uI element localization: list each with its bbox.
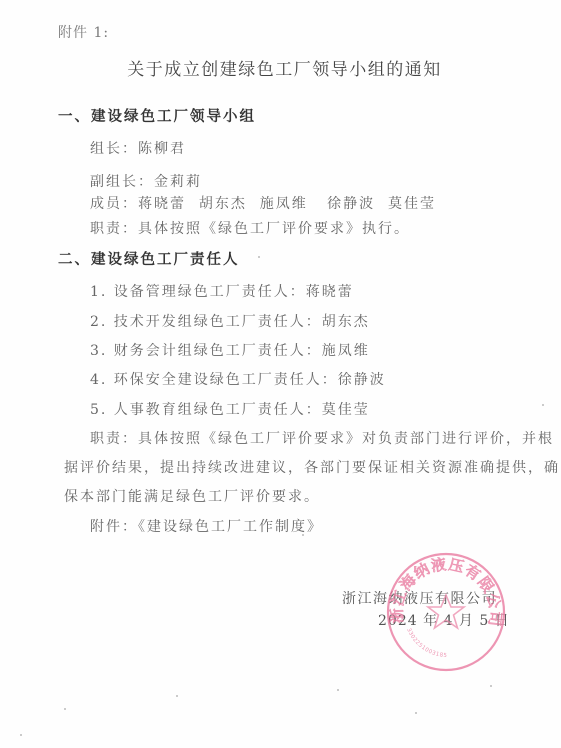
attachment-reference: 附件：《建设绿色工厂工作制度》 — [90, 518, 323, 536]
group-members: 成员：蒋晓蕾 胡东杰 施凤维 徐静波 莫佳莹 — [90, 195, 436, 213]
responsible-item-3: 3. 财务会计组绿色工厂责任人：施凤维 — [90, 342, 370, 360]
deputy-group-leader: 副组长：金莉莉 — [90, 173, 202, 191]
section-2-duties-line-1: 职责：具体按照《绿色工厂评价要求》对负责部门进行评价，并根 — [90, 430, 554, 448]
responsible-item-5: 5. 人事教育组绿色工厂责任人：莫佳莹 — [90, 401, 370, 419]
signature-date: 2024 年 4 月 5 日 — [378, 612, 510, 630]
section-2-heading: 二、建设绿色工厂责任人 — [58, 251, 240, 269]
document-title: 关于成立创建绿色工厂领导小组的通知 — [0, 59, 561, 81]
section-1-heading: 一、建设绿色工厂领导小组 — [58, 108, 256, 126]
group-leader: 组长：陈柳君 — [90, 140, 186, 158]
attachment-label: 附件 1: — [58, 24, 109, 42]
responsible-item-1: 1. 设备管理绿色工厂责任人：蒋晓蕾 — [90, 283, 354, 301]
section-2-duties-line-3: 保本部门能满足绿色工厂评价要求。 — [64, 488, 320, 506]
section-2-duties-line-2: 据评价结果，提出持续改进建议，各部门要保证相关资源准确提供，确 — [64, 459, 560, 477]
responsible-item-2: 2. 技术开发组绿色工厂责任人：胡东杰 — [90, 313, 370, 331]
section-1-duties: 职责：具体按照《绿色工厂评价要求》执行。 — [90, 220, 410, 238]
company-signature: 浙江海纳液压有限公司 — [342, 590, 497, 608]
document-page: 附件 1: 关于成立创建绿色工厂领导小组的通知 一、建设绿色工厂领导小组 组长：… — [0, 0, 561, 748]
svg-text:3302251003185: 3302251003185 — [405, 627, 447, 659]
responsible-item-4: 4. 环保安全建设绿色工厂责任人：徐静波 — [90, 371, 386, 389]
